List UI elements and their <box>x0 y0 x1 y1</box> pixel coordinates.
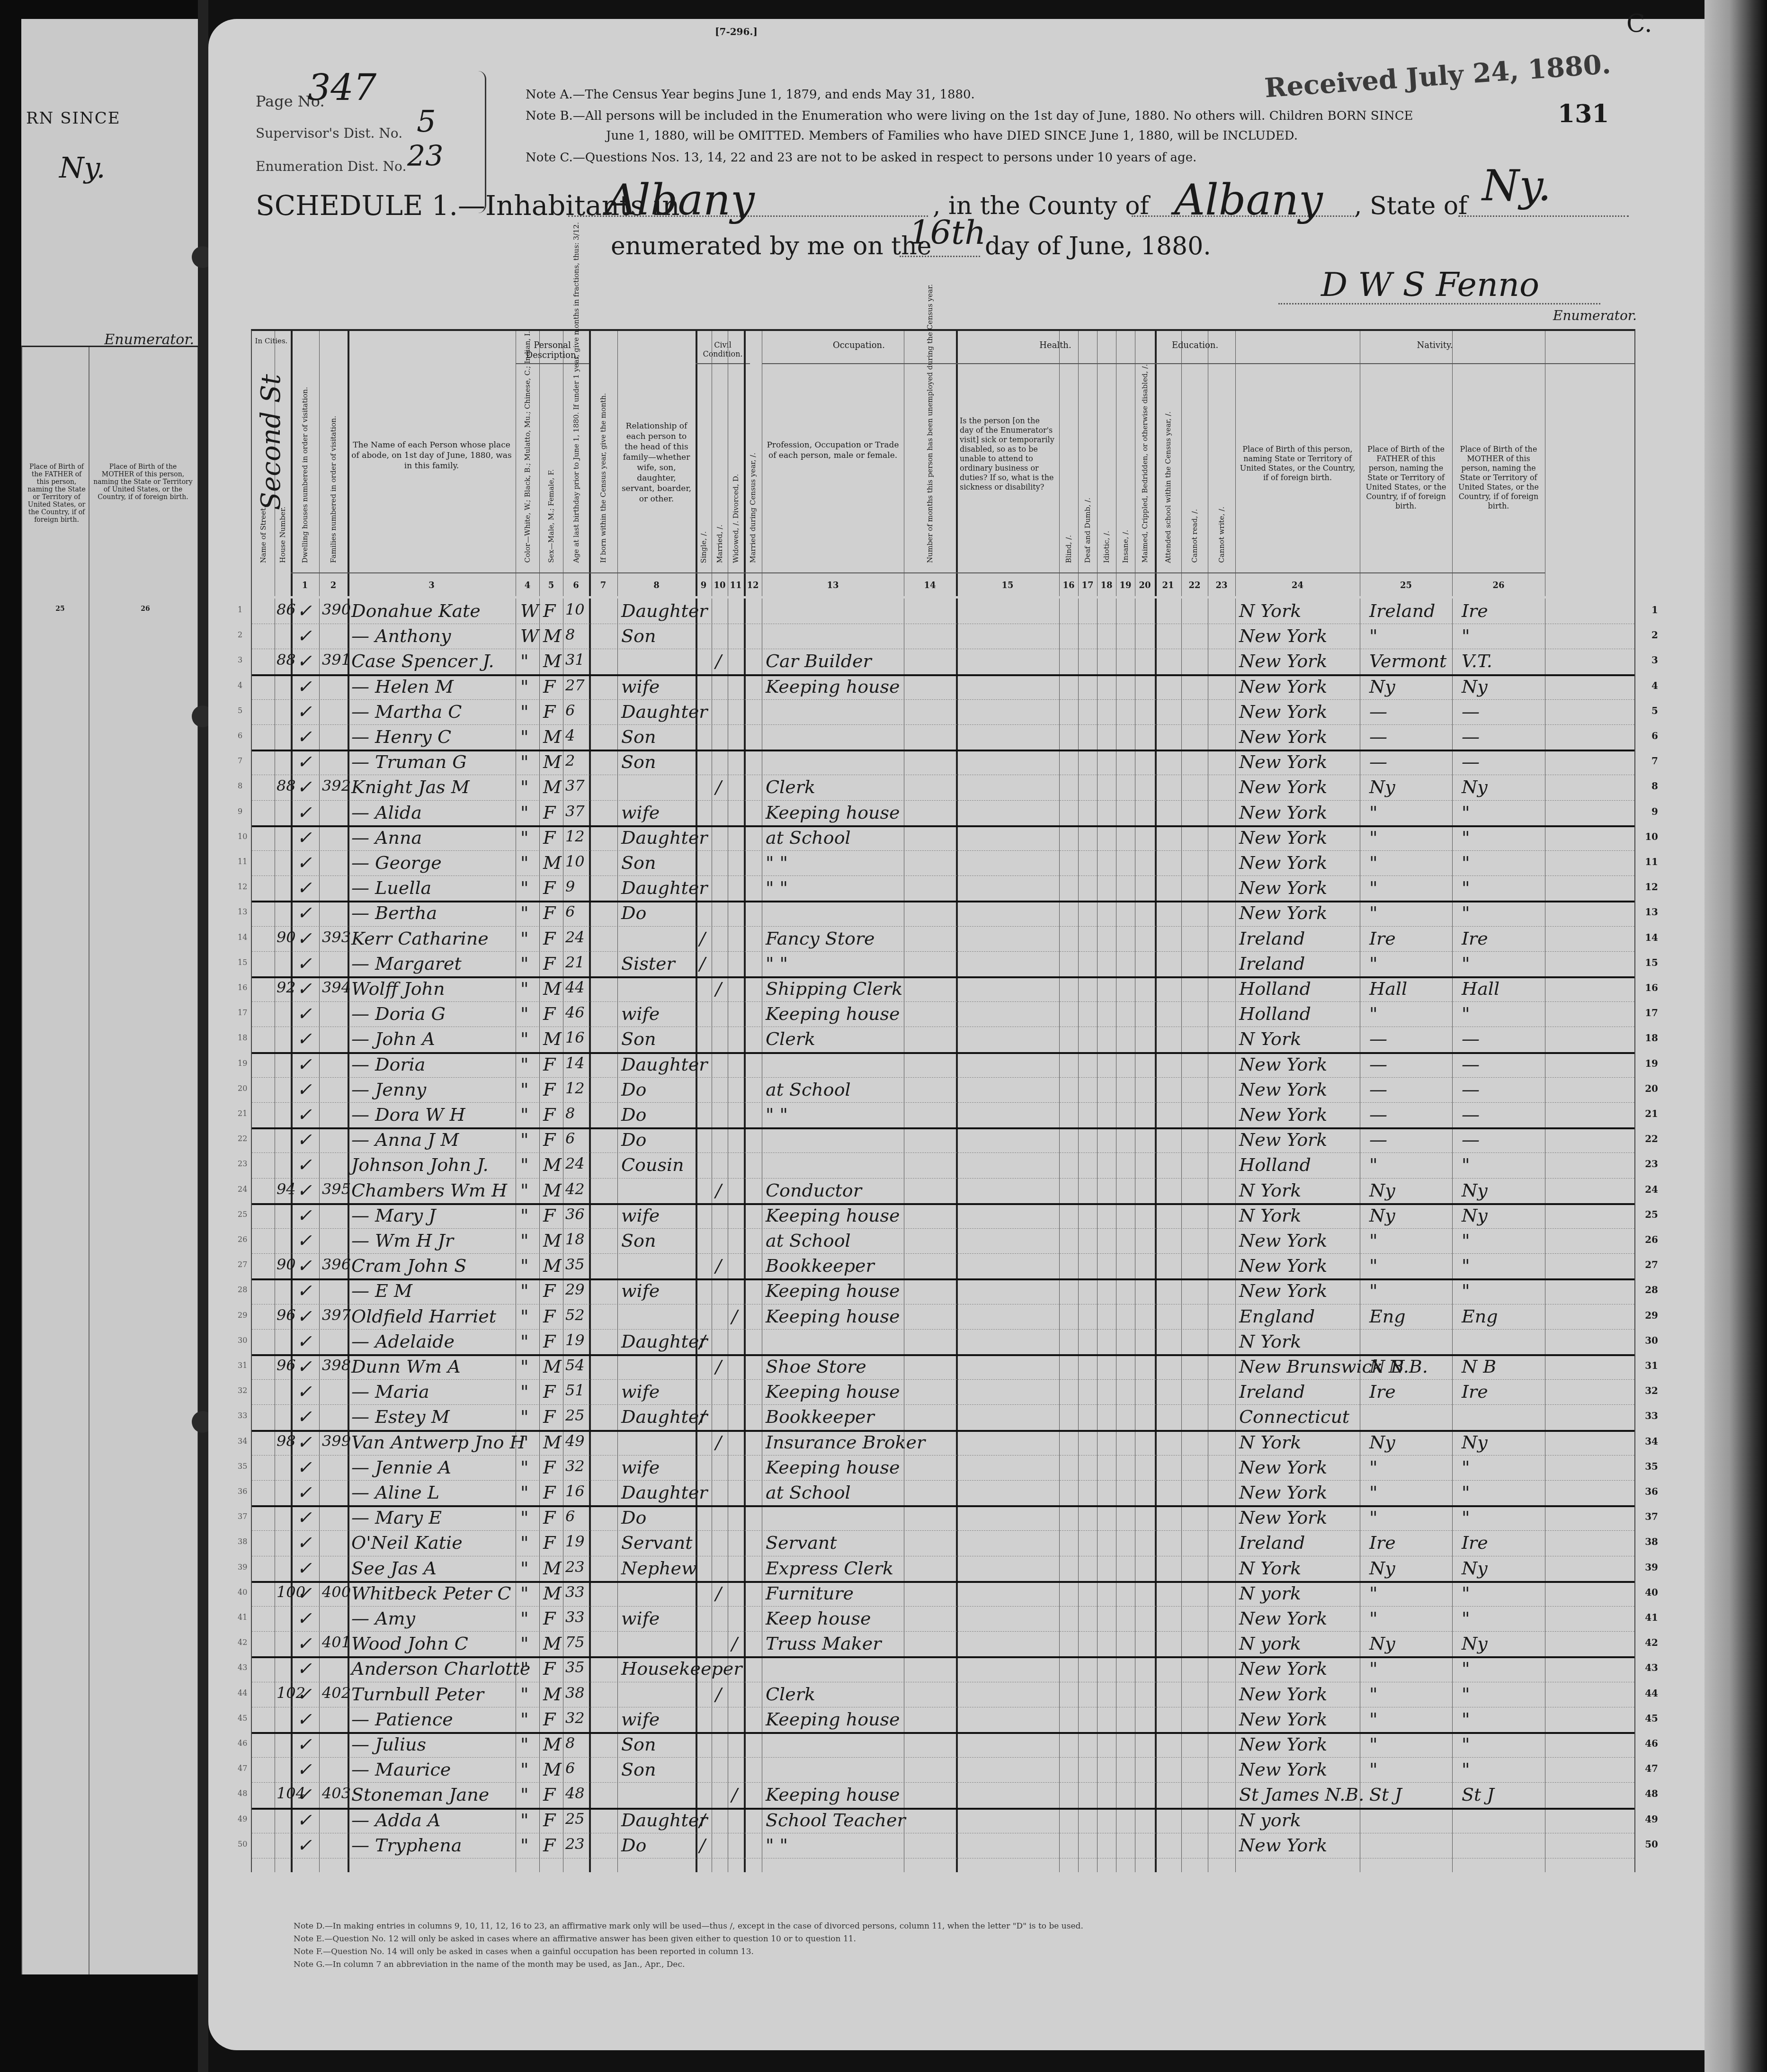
color: " <box>520 1356 528 1377</box>
table-row: 6✓— Henry C"M4SonNew York——6 <box>252 724 1634 751</box>
father-birthplace: Ire <box>1369 1532 1396 1553</box>
relationship: Do <box>621 1079 646 1100</box>
dwelling-check: ✓ <box>297 1205 312 1226</box>
table-row: 36✓— Aline L"F16Daughterat SchoolNew Yor… <box>252 1480 1634 1507</box>
col-15-header: Is the person [on the day of the Enumera… <box>956 331 1060 596</box>
person-name: — Martha C <box>351 701 462 722</box>
row-number-right: 19 <box>1645 1058 1658 1069</box>
person-name: — Tryphena <box>351 1835 462 1856</box>
age: 6 <box>565 1129 575 1147</box>
age: 10 <box>565 852 585 870</box>
dwelling-check: ✓ <box>297 676 312 697</box>
father-birthplace: " <box>1369 1583 1377 1604</box>
house-number: 92 <box>277 978 296 996</box>
person-name: Anderson Charlotte <box>351 1658 530 1679</box>
occupation: " " <box>766 953 788 974</box>
sex: F <box>543 600 555 621</box>
col-6-header: Age at last birthday prior to June 1, 18… <box>563 331 591 596</box>
sex: F <box>543 1709 555 1730</box>
table-row: 23✓Johnson John J."M24CousinHolland""23 <box>252 1152 1634 1178</box>
occupation: Keeping house <box>766 1457 900 1478</box>
occupation: Bookkeeper <box>766 1255 875 1276</box>
birthplace: New York <box>1239 852 1327 873</box>
mother-birthplace: — <box>1462 1129 1480 1150</box>
table-row: 37✓— Mary E"F6DoNew York""37 <box>252 1505 1634 1531</box>
dwelling-check: ✓ <box>297 1532 312 1553</box>
occupation: Keeping house <box>766 1003 900 1024</box>
row-number-left: 41 <box>238 1613 247 1622</box>
col-10-header: Married, /.10 <box>712 331 728 596</box>
row-number-left: 32 <box>238 1386 247 1395</box>
dwelling-check: ✓ <box>297 1104 312 1125</box>
father-birthplace: Ny <box>1369 1205 1395 1226</box>
person-name: — Luella <box>351 877 431 898</box>
age: 18 <box>565 1230 585 1248</box>
age: 12 <box>565 1079 585 1097</box>
previous-page-grid: Place of Birth of the FATHER of this per… <box>21 346 199 1974</box>
house-number: 88 <box>277 777 296 795</box>
row-number-left: 9 <box>238 807 242 816</box>
sex: F <box>543 1129 555 1150</box>
row-number-left: 11 <box>238 857 247 866</box>
person-name: Dunn Wm A <box>351 1356 461 1377</box>
birthplace: Ireland <box>1239 1381 1305 1402</box>
family-number: 401 <box>322 1633 351 1651</box>
mother-birthplace: Ny <box>1462 1558 1488 1579</box>
row-number-left: 40 <box>238 1588 247 1597</box>
age: 35 <box>565 1255 585 1273</box>
person-name: Wood John C <box>351 1633 468 1654</box>
birthplace: N york <box>1239 1583 1301 1604</box>
mother-birthplace: — <box>1462 1028 1480 1049</box>
relationship: Servant <box>621 1532 693 1553</box>
relationship: Daughter <box>621 1482 707 1503</box>
color: " <box>520 978 528 999</box>
sex: M <box>543 1633 562 1654</box>
table-row: 888✓392Knight Jas M"M37ClerkNew YorkNyNy… <box>252 775 1634 800</box>
father-birthplace: " <box>1369 1457 1377 1478</box>
col-9-header: Single, /.9 <box>696 331 712 596</box>
birthplace: N York <box>1239 1432 1301 1453</box>
col-13-header: Profession, Occupation or Trade of each … <box>762 331 904 596</box>
row-number-left: 7 <box>238 756 242 765</box>
father-birthplace: — <box>1369 1079 1387 1100</box>
row-number-right: 13 <box>1645 906 1658 918</box>
person-name: — Adda A <box>351 1810 440 1831</box>
father-birthplace: Eng <box>1369 1306 1406 1327</box>
age: 29 <box>565 1280 585 1298</box>
civil-condition-mark: / <box>699 1331 705 1352</box>
age: 51 <box>565 1381 585 1399</box>
civil-condition-mark: / <box>732 1306 738 1327</box>
sex: F <box>543 928 555 949</box>
father-birthplace: " <box>1369 1608 1377 1629</box>
father-birthplace: " <box>1369 802 1377 823</box>
birthplace: New York <box>1239 1482 1327 1503</box>
dwelling-check: ✓ <box>297 802 312 823</box>
dwelling-check: ✓ <box>297 877 312 898</box>
note-b-continued: June 1, 1880, will be OMITTED. Members o… <box>606 129 1298 143</box>
mother-birthplace: " <box>1462 902 1470 923</box>
age: 42 <box>565 1180 585 1198</box>
color: " <box>520 701 528 722</box>
color: " <box>520 777 528 797</box>
table-row: 7✓— Truman G"M2SonNew York——7 <box>252 750 1634 775</box>
family-number: 400 <box>322 1583 351 1601</box>
table-row: 41✓— Amy"F33wifeKeep houseNew York""41 <box>252 1606 1634 1632</box>
mother-birthplace: " <box>1462 1507 1470 1528</box>
mother-birthplace: " <box>1462 1759 1470 1780</box>
relationship: Daughter <box>621 1054 707 1075</box>
person-name: Turnbull Peter <box>351 1684 484 1705</box>
age: 52 <box>565 1306 585 1324</box>
person-name: — Mary E <box>351 1507 442 1528</box>
age: 8 <box>565 1734 575 1752</box>
person-name: — Bertha <box>351 902 437 923</box>
age: 12 <box>565 827 585 845</box>
row-number-left: 19 <box>238 1059 247 1068</box>
note-c: Note C.—Questions Nos. 13, 14, 22 and 23… <box>526 151 1196 165</box>
father-birthplace: " <box>1369 1482 1377 1503</box>
row-number-right: 22 <box>1645 1133 1658 1144</box>
sex: M <box>543 1230 562 1251</box>
dwelling-check: ✓ <box>297 1406 312 1427</box>
sex: M <box>543 1684 562 1705</box>
person-name: — Dora W H <box>351 1104 465 1125</box>
mother-birthplace: — <box>1462 701 1480 722</box>
sex: F <box>543 953 555 974</box>
row-number-left: 30 <box>238 1336 247 1345</box>
color: " <box>520 1583 528 1604</box>
sex: F <box>543 1280 555 1301</box>
father-birthplace: N B <box>1369 1356 1404 1377</box>
supervisor-dist-label: Supervisor's Dist. No. <box>256 125 402 141</box>
table-row: 18✓— John A"M16SonClerkN York——18 <box>252 1027 1634 1054</box>
col-5-header: Sex—Male, M.; Female, F.5 <box>539 331 563 596</box>
mother-birthplace: " <box>1462 1658 1470 1679</box>
row-number-left: 3 <box>238 655 242 664</box>
sex: F <box>543 1507 555 1528</box>
mother-birthplace: " <box>1462 625 1470 646</box>
person-name: Wolff John <box>351 978 445 999</box>
table-row: 28✓— E M"F29wifeKeeping houseNew York""2… <box>252 1278 1634 1304</box>
table-row: 40100✓400Whitbeck Peter C"M33FurnitureN … <box>252 1581 1634 1607</box>
row-number-left: 34 <box>238 1437 247 1446</box>
table-row: 49✓— Adda A"F25DaughterSchool TeacherN y… <box>252 1808 1634 1833</box>
birthplace: Holland <box>1239 1154 1311 1175</box>
sex: F <box>543 1306 555 1327</box>
row-number-left: 37 <box>238 1512 247 1521</box>
row-number-left: 44 <box>238 1688 247 1697</box>
occupation: Keeping house <box>766 1306 900 1327</box>
state-value: Ny. <box>1482 161 1551 211</box>
color: " <box>520 1054 528 1075</box>
table-row: 45✓— Patience"F32wifeKeeping houseNew Yo… <box>252 1707 1634 1734</box>
color: " <box>520 1381 528 1402</box>
row-number-right: 10 <box>1645 831 1658 842</box>
family-number: 394 <box>322 978 351 996</box>
occupation: " " <box>766 1835 788 1856</box>
dwelling-check: ✓ <box>297 1331 312 1352</box>
row-number-right: 15 <box>1645 957 1658 968</box>
family-number: 390 <box>322 600 351 618</box>
occupation: " " <box>766 1104 788 1125</box>
row-number-right: 29 <box>1645 1310 1658 1321</box>
color: " <box>520 1482 528 1503</box>
row-number-right: 28 <box>1645 1284 1658 1295</box>
sex: F <box>543 701 555 722</box>
state-line <box>1458 215 1629 217</box>
person-name: — Helen M <box>351 676 454 697</box>
person-name: Cram John S <box>351 1255 466 1276</box>
age: 36 <box>565 1205 585 1223</box>
row-number-left: 13 <box>238 907 247 916</box>
house-number: 90 <box>277 1255 296 1273</box>
father-birthplace: Ny <box>1369 1558 1395 1579</box>
color: " <box>520 802 528 823</box>
row-number-left: 16 <box>238 983 247 992</box>
row-number-right: 45 <box>1645 1713 1658 1724</box>
age: 44 <box>565 978 585 996</box>
dwelling-check: ✓ <box>297 902 312 923</box>
dwelling-check: ✓ <box>297 1482 312 1503</box>
color: W <box>520 600 539 621</box>
col-7-header: If born within the Census year, give the… <box>589 331 618 596</box>
row-number-left: 22 <box>238 1134 247 1143</box>
color: " <box>520 1734 528 1755</box>
row-number-right: 2 <box>1651 629 1658 641</box>
dwelling-check: ✓ <box>297 1280 312 1301</box>
sex: F <box>543 676 555 697</box>
dwelling-check: ✓ <box>297 827 312 848</box>
row-number-left: 25 <box>238 1210 247 1219</box>
previous-page-sheet: RN SINCE Ny. Enumerator. Place of Birth … <box>21 19 208 1974</box>
dwelling-check: ✓ <box>297 1154 312 1175</box>
person-name: Donahue Kate <box>351 600 481 621</box>
house-number: 90 <box>277 928 296 946</box>
dwelling-check: ✓ <box>297 1507 312 1528</box>
father-birthplace: — <box>1369 1028 1387 1049</box>
birthplace: Holland <box>1239 1003 1311 1024</box>
color: " <box>520 1658 528 1679</box>
age: 10 <box>565 600 585 618</box>
relationship: wife <box>621 1205 660 1226</box>
person-name: — Julius <box>351 1734 426 1755</box>
row-number-left: 18 <box>238 1033 247 1042</box>
person-name: — Jenny <box>351 1079 426 1100</box>
sex: F <box>543 827 555 848</box>
person-name: Knight Jas M <box>351 777 470 797</box>
age: 19 <box>565 1532 585 1550</box>
family-number: 398 <box>322 1356 351 1374</box>
birthplace: New York <box>1239 1759 1327 1780</box>
relationship: Son <box>621 726 656 747</box>
birthplace: New York <box>1239 902 1327 923</box>
house-number: 88 <box>277 651 296 669</box>
birthplace: New York <box>1239 1255 1327 1276</box>
table-row: 39✓See Jas A"M23NephewExpress ClerkN Yor… <box>252 1556 1634 1583</box>
age: 32 <box>565 1457 585 1475</box>
row-number-right: 33 <box>1645 1410 1658 1421</box>
sex: F <box>543 1457 555 1478</box>
person-name: — Anna <box>351 827 422 848</box>
color: " <box>520 902 528 923</box>
table-row: 38✓O'Neil Katie"F19ServantServantIreland… <box>252 1530 1634 1556</box>
dwelling-check: ✓ <box>297 1255 312 1276</box>
color: " <box>520 1205 528 1226</box>
sex: F <box>543 1784 555 1805</box>
dwelling-check: ✓ <box>297 1558 312 1579</box>
sex: M <box>543 1255 562 1276</box>
occupation: Keeping house <box>766 1381 900 1402</box>
person-name: — Maurice <box>351 1759 451 1780</box>
col-23-header: Cannot write, /.23 <box>1208 331 1236 596</box>
occupation: Keeping house <box>766 1784 900 1805</box>
relationship: Daughter <box>621 1810 707 1831</box>
table-row: 42✓401Wood John C"M75Truss MakerN yorkNy… <box>252 1631 1634 1658</box>
col-19-header: Insane, /.19 <box>1116 331 1135 596</box>
family-number: 396 <box>322 1255 351 1273</box>
house-number: 96 <box>277 1306 296 1324</box>
county-value: Albany <box>1174 175 1323 225</box>
person-name: Stoneman Jane <box>351 1784 489 1805</box>
row-number-right: 26 <box>1645 1234 1658 1245</box>
person-name: — Maria <box>351 1381 429 1402</box>
birthplace: N York <box>1239 1180 1301 1201</box>
mother-birthplace: " <box>1462 1734 1470 1755</box>
place-value: Albany <box>606 175 755 225</box>
table-row: 43✓Anderson Charlotte"F35HousekeeperNew … <box>252 1656 1634 1682</box>
mother-birthplace: Ny <box>1462 1432 1488 1453</box>
previous-page-col25-num: 25 <box>41 605 79 613</box>
civil-condition-mark: / <box>715 1684 722 1705</box>
birthplace: New York <box>1239 1507 1327 1528</box>
relationship: Do <box>621 1835 646 1856</box>
sex: M <box>543 1356 562 1377</box>
birthplace: Holland <box>1239 978 1311 999</box>
father-birthplace: " <box>1369 902 1377 923</box>
row-number-right: 49 <box>1645 1813 1658 1825</box>
occupation: Servant <box>766 1532 837 1553</box>
color: " <box>520 1129 528 1150</box>
civil-condition-mark: / <box>699 1835 705 1856</box>
birthplace: Ireland <box>1239 1532 1305 1553</box>
birthplace: New York <box>1239 877 1327 898</box>
relationship: Son <box>621 1230 656 1251</box>
civil-condition-mark: / <box>715 1583 722 1604</box>
age: 19 <box>565 1331 585 1349</box>
sex: F <box>543 877 555 898</box>
color: " <box>520 928 528 949</box>
civil-condition-mark: / <box>715 651 722 671</box>
mother-birthplace: Ny <box>1462 1205 1488 1226</box>
person-name: Oldfield Harriet <box>351 1306 496 1327</box>
sex: M <box>543 1028 562 1049</box>
mother-birthplace: — <box>1462 726 1480 747</box>
row-number-right: 11 <box>1645 856 1658 867</box>
form-number: [7-296.] <box>715 26 758 37</box>
row-number-left: 49 <box>238 1814 247 1823</box>
birthplace: New York <box>1239 1230 1327 1251</box>
age: 6 <box>565 902 575 920</box>
table-row: 25✓— Mary J"F36wifeKeeping houseN YorkNy… <box>252 1203 1634 1229</box>
table-row: 47✓— Maurice"M6SonNew York""47 <box>252 1757 1634 1783</box>
dwelling-check: ✓ <box>297 1054 312 1075</box>
age: 24 <box>565 928 585 946</box>
table-row: 35✓— Jennie A"F32wifeKeeping houseNew Yo… <box>252 1455 1634 1481</box>
relationship: wife <box>621 1280 660 1301</box>
enumerator-label: Enumerator. <box>1553 308 1637 323</box>
col-4-header: Color—White, W.; Black, B.; Mulatto, Mu.… <box>516 331 540 596</box>
color: " <box>520 852 528 873</box>
row-number-left: 6 <box>238 731 242 740</box>
col-26-header: Place of Birth of the MOTHER of this per… <box>1452 331 1545 596</box>
previous-page-state: Ny. <box>59 152 106 185</box>
age: 9 <box>565 877 575 895</box>
row-number-right: 17 <box>1645 1007 1658 1018</box>
table-row: 13✓— Bertha"F6DoNew York""13 <box>252 901 1634 926</box>
birthplace: N York <box>1239 1028 1301 1049</box>
father-birthplace: " <box>1369 1230 1377 1251</box>
occupation: at School <box>766 1079 851 1100</box>
row-number-right: 24 <box>1645 1184 1658 1195</box>
person-name: — Aline L <box>351 1482 439 1503</box>
family-number: 402 <box>322 1684 351 1702</box>
father-birthplace: Ire <box>1369 1381 1396 1402</box>
house-number: 86 <box>277 600 296 618</box>
civil-condition-mark: / <box>715 1255 722 1276</box>
row-number-left: 46 <box>238 1739 247 1748</box>
birthplace: New York <box>1239 1054 1327 1075</box>
sex: M <box>543 1180 562 1201</box>
row-number-right: 32 <box>1645 1385 1658 1396</box>
mother-birthplace: " <box>1462 1482 1470 1503</box>
relationship: Do <box>621 1129 646 1150</box>
father-birthplace: Ny <box>1369 1633 1395 1654</box>
age: 4 <box>565 726 575 744</box>
mother-birthplace: Ire <box>1462 928 1488 949</box>
occupation: Keeping house <box>766 676 900 697</box>
row-number-right: 43 <box>1645 1662 1658 1673</box>
age: 48 <box>565 1784 585 1802</box>
mother-birthplace: " <box>1462 1255 1470 1276</box>
row-number-left: 4 <box>238 681 242 690</box>
dwelling-check: ✓ <box>297 726 312 747</box>
dwelling-check: ✓ <box>297 1608 312 1629</box>
dwelling-check: ✓ <box>297 1658 312 1679</box>
relationship: Daughter <box>621 701 707 722</box>
father-birthplace: — <box>1369 1129 1387 1150</box>
father-birthplace: " <box>1369 1507 1377 1528</box>
father-birthplace: " <box>1369 1154 1377 1175</box>
person-name: — Adelaide <box>351 1331 455 1352</box>
table-row: 15✓— Margaret"F21Sister" "Ireland""15/ <box>252 951 1634 978</box>
dwelling-check: ✓ <box>297 928 312 949</box>
row-number-left: 33 <box>238 1411 247 1420</box>
sex: F <box>543 1054 555 1075</box>
color: " <box>520 1507 528 1528</box>
relationship: wife <box>621 1457 660 1478</box>
mother-birthplace: " <box>1462 852 1470 873</box>
dwelling-check: ✓ <box>297 1835 312 1856</box>
sex: M <box>543 1759 562 1780</box>
sex: M <box>543 1734 562 1755</box>
mother-birthplace: " <box>1462 1709 1470 1730</box>
color: " <box>520 953 528 974</box>
age: 24 <box>565 1154 585 1172</box>
person-name: Chambers Wm H <box>351 1180 507 1201</box>
dwelling-check: ✓ <box>297 1079 312 1100</box>
